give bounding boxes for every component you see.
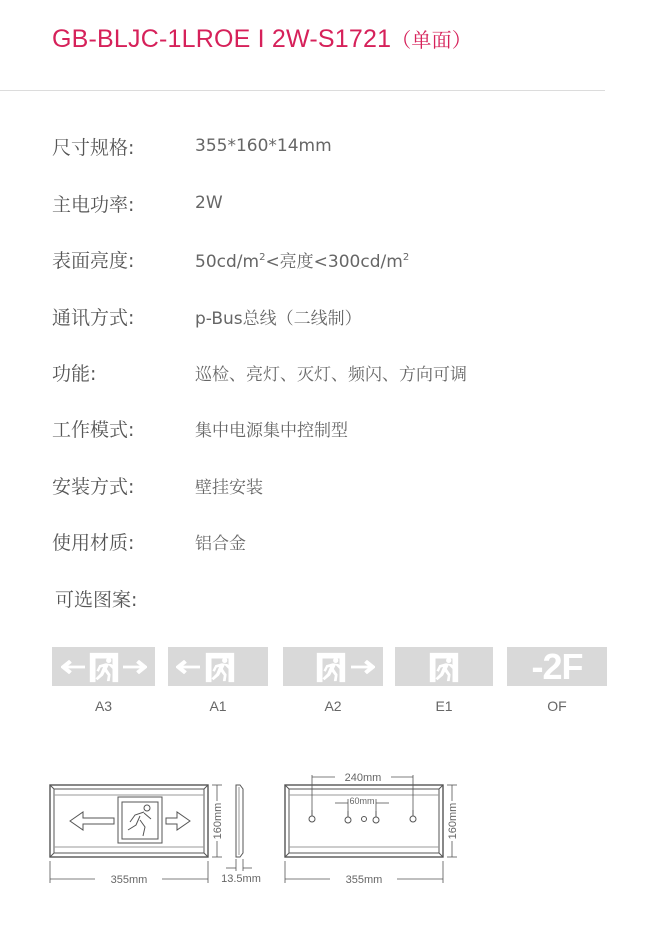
spec-value: 2W xyxy=(195,193,223,213)
arrow-left-icon xyxy=(61,659,85,675)
spec-row-work-mode: 工作模式: 集中电源集中控制型 xyxy=(52,413,348,443)
front-height-dim: 160mm xyxy=(212,803,224,840)
exit-running-man-icon xyxy=(427,650,461,684)
spec-row-size: 尺寸规格: 355*160*14mm xyxy=(52,131,332,161)
spec-value: p-Bus总线（二线制） xyxy=(195,304,362,329)
inner-hole-spacing-dim: 60mm xyxy=(349,796,374,806)
patterns-label: 可选图案: xyxy=(55,585,137,612)
exit-running-man-icon xyxy=(314,650,348,684)
pattern-tile-of[interactable]: -2F xyxy=(507,647,607,686)
spec-value: 铝合金 xyxy=(195,529,246,554)
spec-value: 355*160*14mm xyxy=(195,136,332,156)
side-depth-dim: 13.5mm xyxy=(221,873,261,885)
spec-row-functions: 功能: 巡检、亮灯、灭灯、频闪、方向可调 xyxy=(52,357,467,387)
spec-label: 主电功率: xyxy=(52,190,195,217)
spec-label: 使用材质: xyxy=(52,528,195,555)
spec-row-power: 主电功率: 2W xyxy=(52,188,223,218)
front-view-drawing: 355mm 160mm 13.5mm xyxy=(40,775,280,895)
spec-label: 功能: xyxy=(52,359,195,386)
spec-label: 工作模式: xyxy=(52,415,195,442)
header-divider xyxy=(0,90,605,91)
pattern-caption: E1 xyxy=(395,698,493,714)
spec-label: 尺寸规格: xyxy=(52,133,195,160)
spec-label: 通讯方式: xyxy=(52,303,195,330)
exit-running-man-icon xyxy=(203,650,237,684)
arrow-left-icon xyxy=(176,659,200,675)
spec-label: 安装方式: xyxy=(52,472,195,499)
spec-row-material: 使用材质: 铝合金 xyxy=(52,526,246,556)
spec-label: 表面亮度: xyxy=(52,246,195,273)
front-width-dim: 355mm xyxy=(111,874,148,886)
back-width-dim: 355mm xyxy=(346,874,383,886)
spec-value: 集中电源集中控制型 xyxy=(195,416,348,441)
product-title: GB-BLJC-1LROE I 2W-S1721（单面） xyxy=(52,24,472,54)
pattern-caption: OF xyxy=(507,698,607,714)
arrow-right-icon xyxy=(123,659,147,675)
pattern-caption: A3 xyxy=(52,698,155,714)
model-number: GB-BLJC-1LROE I 2W-S1721 xyxy=(52,25,391,53)
variant-label: （单面） xyxy=(391,30,472,52)
pattern-caption: A1 xyxy=(168,698,268,714)
pattern-caption: A2 xyxy=(283,698,383,714)
outer-hole-spacing-dim: 240mm xyxy=(345,772,382,784)
arrow-right-icon xyxy=(351,659,375,675)
spec-value: 壁挂安装 xyxy=(195,473,263,498)
spec-row-installation: 安装方式: 壁挂安装 xyxy=(52,470,263,500)
back-height-dim: 160mm xyxy=(447,803,459,840)
spec-row-communication: 通讯方式: p-Bus总线（二线制） xyxy=(52,301,362,331)
back-view-drawing: 240mm 60mm 355mm 160mm xyxy=(275,768,475,895)
floor-number-text: -2F xyxy=(532,649,583,685)
spec-value: 巡检、亮灯、灭灯、频闪、方向可调 xyxy=(195,360,467,385)
spec-row-brightness: 表面亮度: 50cd/m2<亮度<300cd/m2 xyxy=(52,244,409,274)
pattern-tile-a2[interactable] xyxy=(283,647,383,686)
pattern-tile-a1[interactable] xyxy=(168,647,268,686)
exit-running-man-icon xyxy=(87,650,121,684)
pattern-tile-a3[interactable] xyxy=(52,647,155,686)
pattern-tile-e1[interactable] xyxy=(395,647,493,686)
spec-value: 50cd/m2<亮度<300cd/m2 xyxy=(195,247,409,272)
